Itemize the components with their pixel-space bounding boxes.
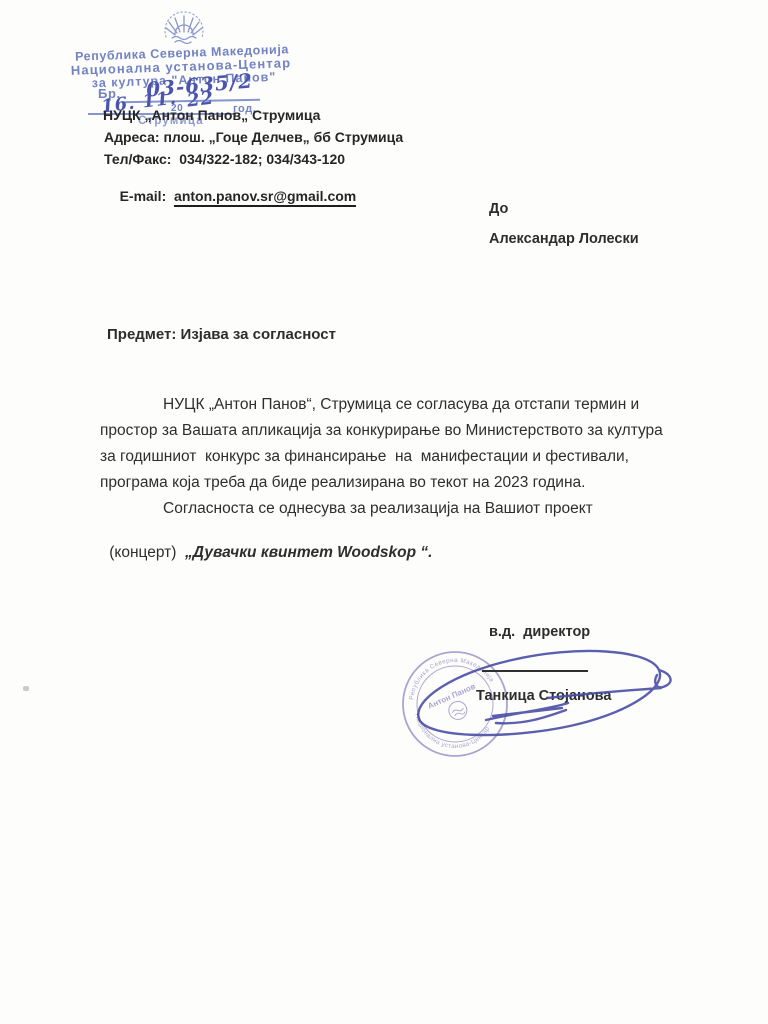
subject-line: Предмет: Изјава за согласност <box>107 326 336 343</box>
body-paragraph1-line2: простор за Вашата апликација за конкурир… <box>100 422 663 440</box>
org-phone-line: Тел/Факс: 034/322-182; 034/343-120 <box>104 151 345 167</box>
recipient-name: Александар Лолески <box>489 231 639 247</box>
scanned-letter-page: Република Северна Македонија Национална … <box>0 0 768 1024</box>
org-name-line: НУЦК „Антон Панов„ Струмица <box>103 107 320 123</box>
email-address: anton.panov.sr@gmail.com <box>174 188 356 207</box>
signer-title: в.д. директор <box>489 624 590 640</box>
project-prefix: (концерт) <box>109 544 176 561</box>
body-paragraph2-line1: Согласноста се однесува за реализација н… <box>163 500 593 518</box>
recipient-to-label: До <box>489 201 508 217</box>
org-email-line: E-mail: anton.panov.sr@gmail.com <box>104 172 356 220</box>
email-label: E-mail: <box>120 188 167 204</box>
handwritten-signature <box>400 640 690 750</box>
project-name: „Дувачки квинтет Woodskop “. <box>185 544 432 561</box>
scan-speck <box>23 686 29 691</box>
org-address-line: Адреса: плош. „Гоце Делчев„ бб Струмица <box>104 129 403 145</box>
body-paragraph1-line4: програма која треба да биде реализирана … <box>100 474 585 492</box>
body-paragraph1-line3: за годишниот конкурс за финансирање на м… <box>100 448 629 466</box>
body-paragraph2-line2: (концерт) „Дувачки квинтет Woodskop “. <box>92 526 432 580</box>
body-paragraph1-line1: НУЦК „Антон Панов“, Струмица се согласув… <box>163 396 639 414</box>
